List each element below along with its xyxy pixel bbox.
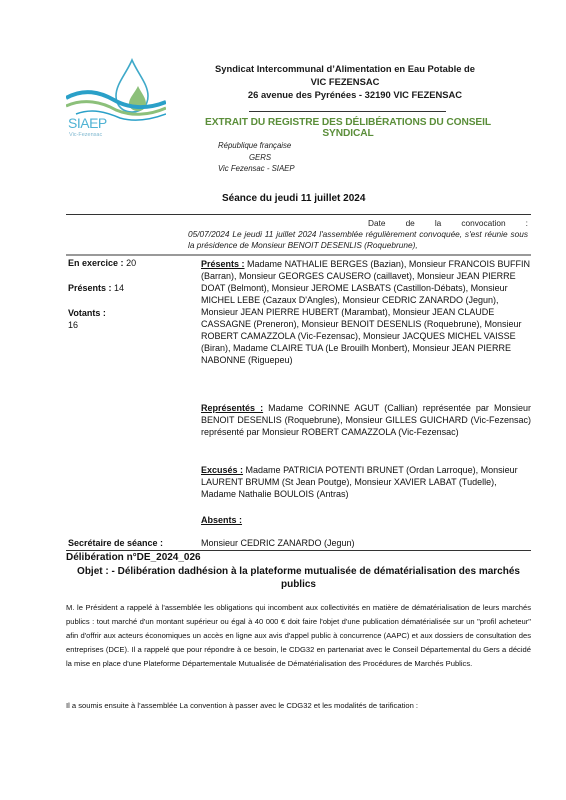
header-divider [249, 111, 446, 112]
siaep-logo: SIAEP Vic-Fezensac [66, 58, 166, 136]
section-divider [66, 214, 531, 215]
convocation-label: Date de la convocation : [188, 218, 528, 229]
header-city: VIC FEZENSAC [205, 76, 485, 87]
svg-text:Vic-Fezensac: Vic-Fezensac [69, 132, 102, 136]
body-paragraph-2: Il a soumis ensuite à l’assemblée La con… [66, 699, 531, 713]
secretaire-divider [66, 550, 531, 551]
deliberation-objet: Objet : - Délibération dadhésion à la pl… [66, 566, 531, 591]
votants-count: 16 [68, 320, 78, 330]
svg-text:SIAEP: SIAEP [68, 115, 107, 131]
registre-title: EXTRAIT DU REGISTRE DES DÉLIBÉRATIONS DU… [183, 117, 513, 139]
water-drop-wave-icon: SIAEP Vic-Fezensac [66, 58, 166, 136]
secretaire-value: Monsieur CEDRIC ZANARDO (Jegun) [201, 537, 531, 549]
seance-title: Séance du jeudi 11 juillet 2024 [222, 193, 365, 204]
convocation-text: 05/07/2024 Le jeudi 11 juillet 2024 l'as… [188, 229, 528, 251]
representes-list: Représentés : Madame CORINNE AGUT (Calli… [201, 402, 531, 438]
convocation-divider [66, 254, 531, 256]
convocation-block: Date de la convocation : 05/07/2024 Le j… [188, 218, 528, 251]
republique-line: République française [218, 141, 338, 150]
syndicat-line: Vic Fezensac - SIAEP [218, 164, 338, 173]
body-paragraph-1: M. le Président a rappelé à l'assemblée … [66, 601, 531, 671]
votants-label: Votants : [68, 308, 106, 318]
departement-line: GERS [200, 153, 320, 162]
secretaire-label: Secrétaire de séance : [68, 538, 163, 548]
absents-label: Absents : [201, 514, 531, 526]
excuses-list: Excusés : Madame PATRICIA POTENTI BRUNET… [201, 464, 531, 500]
en-exercice-count: En exercice : 20 [68, 258, 136, 268]
deliberation-number: Délibération n°DE_2024_026 [66, 552, 201, 563]
presents-count: Présents : 14 [68, 283, 124, 293]
presents-list: Présents : Madame NATHALIE BERGES (Bazia… [201, 258, 531, 366]
header-address: 26 avenue des Pyrénées - 32190 VIC FEZEN… [215, 89, 495, 100]
header-organization: Syndicat Intercommunal d’Alimentation en… [205, 63, 485, 74]
